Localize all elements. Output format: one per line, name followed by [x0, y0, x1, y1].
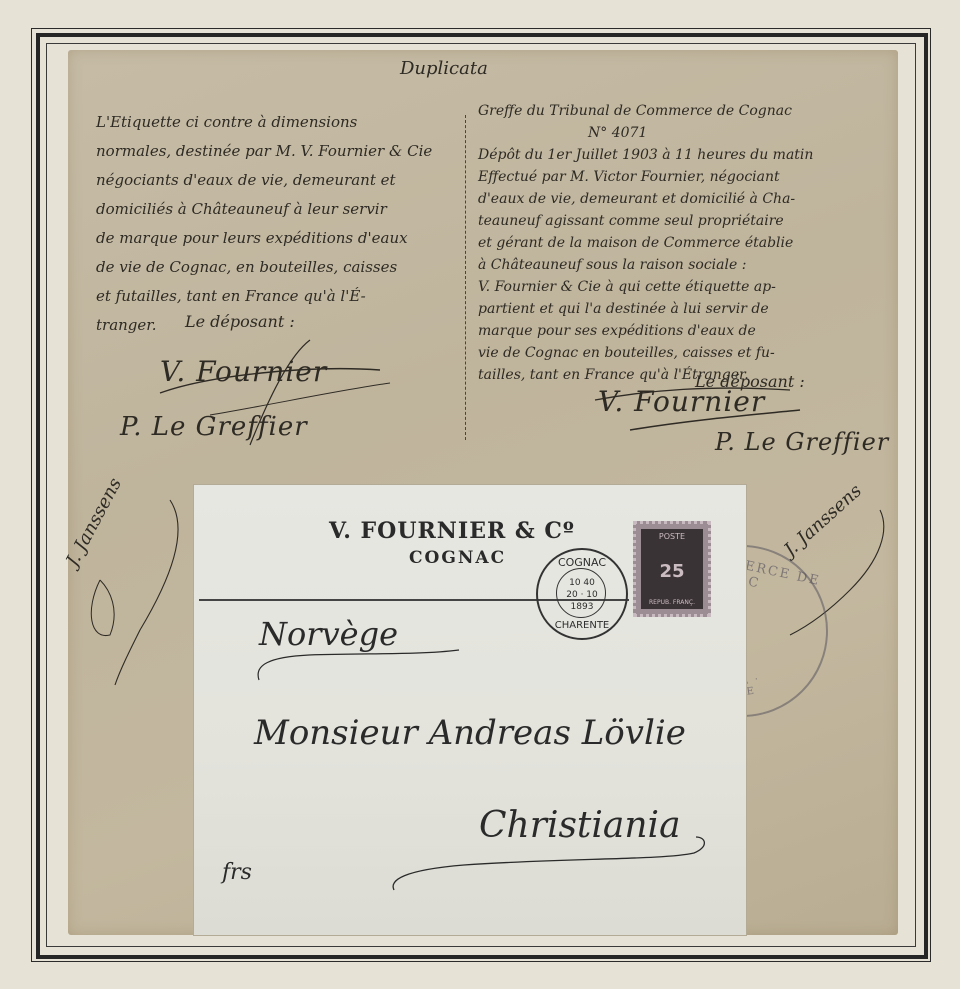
stamp-value: 25 — [641, 561, 703, 582]
right-line: d'eaux de vie, demeurant et domicilié à … — [478, 188, 813, 210]
left-clerk-signature: P. Le Greffier — [120, 412, 308, 442]
postmark-day: 20 — [566, 590, 577, 600]
stamp-footer: REPUB. FRANÇ. — [641, 599, 703, 606]
stamp-header: POSTE — [641, 532, 703, 541]
stamp-design: POSTE 25 REPUB. FRANÇ. — [641, 529, 703, 609]
envelope-recipient: Monsieur Andreas Lövlie — [254, 713, 686, 753]
left-declaration: L'Etiquette ci contre à dimensions norma… — [96, 108, 432, 340]
country-underline-flourish — [249, 645, 469, 685]
left-line: de marque pour leurs expéditions d'eaux — [96, 224, 432, 253]
right-line: marque pour ses expéditions d'eaux de — [478, 320, 813, 342]
left-line: de vie de Cognac, en bouteilles, caisses — [96, 253, 432, 282]
left-line: et futailles, tant en France qu'à l'É- — [96, 282, 432, 311]
right-line: et gérant de la maison de Commerce établ… — [478, 232, 813, 254]
registry-number: N° 4071 — [478, 122, 813, 144]
envelope-firm-name: V. FOURNIER & Cº — [329, 518, 575, 544]
right-clerk-signature: P. Le Greffier — [715, 428, 889, 456]
left-line: normales, destinée par M. V. Fournier & … — [96, 137, 432, 166]
document-heading: Duplicata — [400, 58, 488, 79]
right-line: Effectué par M. Victor Fournier, négocia… — [478, 166, 813, 188]
envelope-firm-city: COGNAC — [409, 548, 506, 568]
left-depositor-label: Le déposant : — [185, 312, 295, 331]
postmark-month: 10 — [586, 590, 597, 600]
left-line: négociants d'eaux de vie, demeurant et — [96, 166, 432, 195]
right-line: partient et qui l'a destinée à lui servi… — [478, 298, 813, 320]
cognac-postmark: COGNAC 10 40 20 · 10 1893 CHARENTE — [536, 548, 628, 640]
left-line: domiciliés à Châteauneuf à leur servir — [96, 195, 432, 224]
right-line: teauneuf agissant comme seul propriétair… — [478, 210, 813, 232]
right-registry-record: Greffe du Tribunal de Commerce de Cognac… — [478, 100, 813, 386]
postage-stamp: POSTE 25 REPUB. FRANÇ. — [633, 521, 711, 617]
postmark-date-row: 20 · 10 — [538, 590, 626, 600]
left-side-flourish — [80, 490, 200, 690]
postmark-year: 1893 — [538, 602, 626, 612]
right-line: Greffe du Tribunal de Commerce de Cognac — [478, 100, 813, 122]
right-line: V. Fournier & Cie à qui cette étiquette … — [478, 276, 813, 298]
right-line: Dépôt du 1er Juillet 1903 à 11 heures du… — [478, 144, 813, 166]
envelope-note: frs — [222, 860, 252, 885]
postmark-bottom-text: CHARENTE — [538, 620, 626, 631]
postmark-time: 10 40 — [538, 578, 626, 588]
right-line: à Châteauneuf sous la raison sociale : — [478, 254, 813, 276]
city-underline-flourish — [384, 825, 714, 905]
column-divider — [465, 115, 466, 440]
left-line: L'Etiquette ci contre à dimensions — [96, 108, 432, 137]
postmark-top-text: COGNAC — [538, 556, 626, 569]
